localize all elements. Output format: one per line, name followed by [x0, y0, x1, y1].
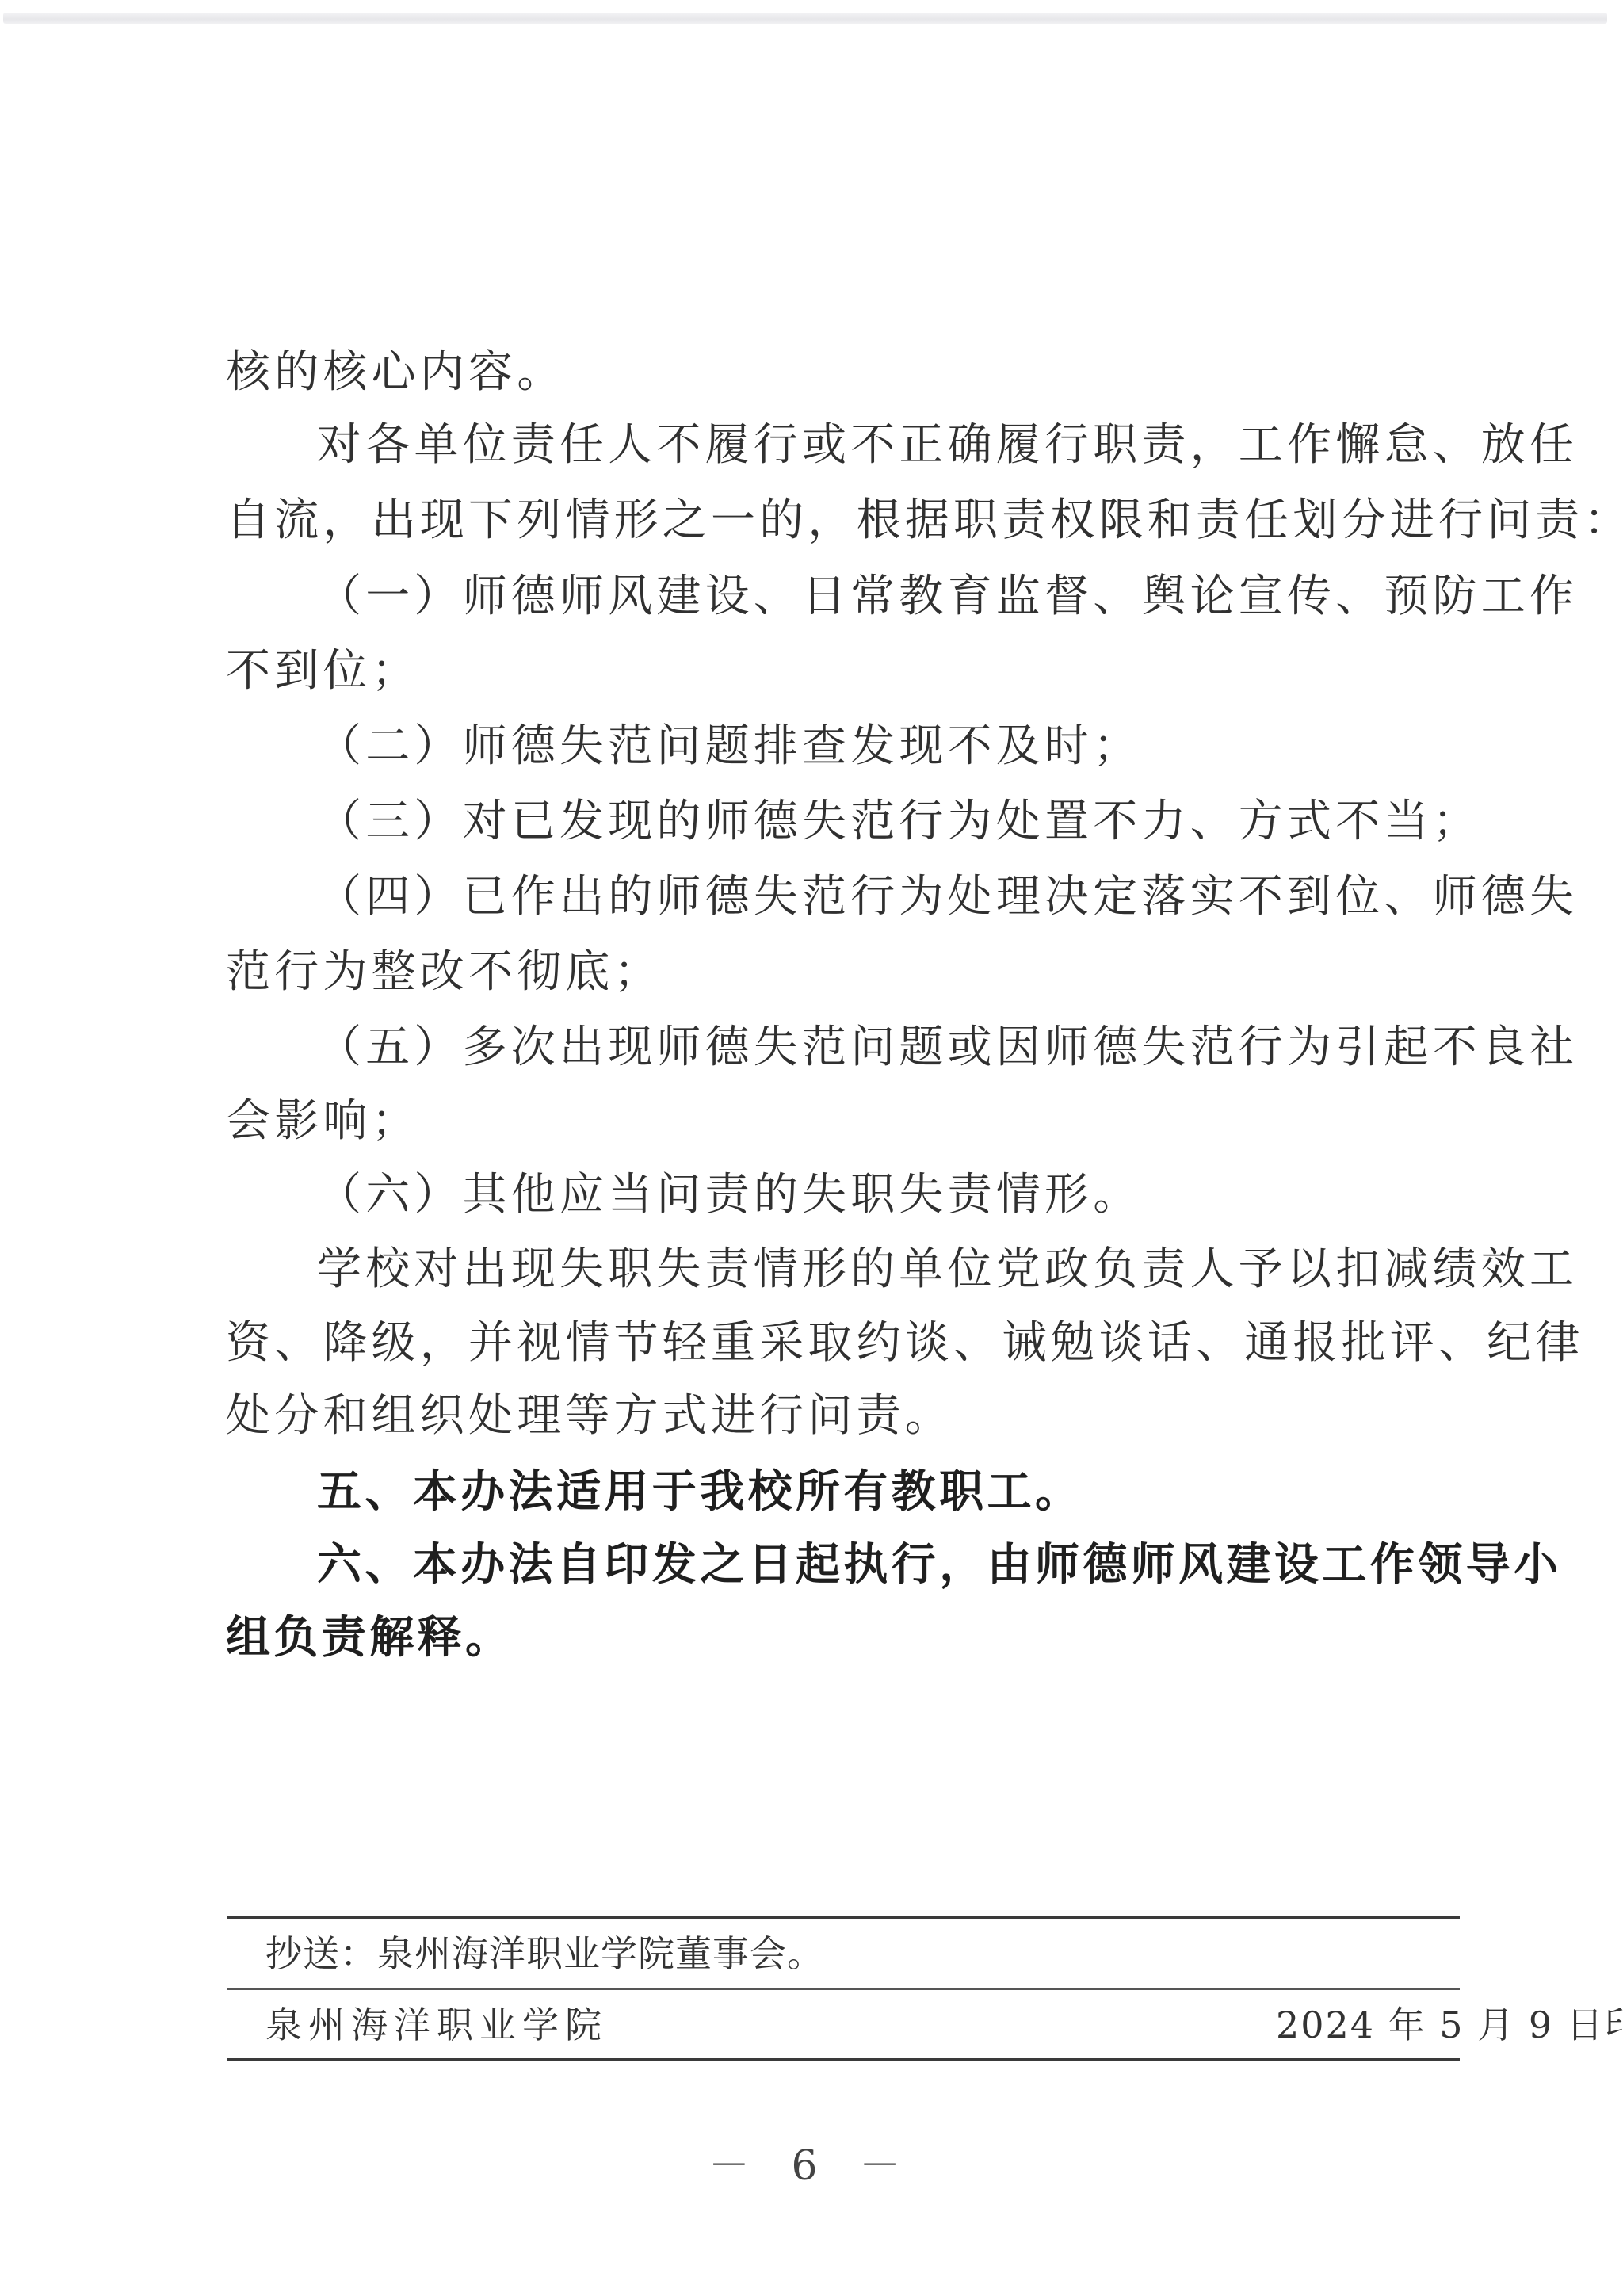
list-item-6: （六）其他应当问责的失职失责情形。	[317, 1167, 1462, 1223]
scan-top-edge	[3, 13, 1607, 24]
body-line: 学校对出现失职失责情形的单位党政负责人予以扣减绩效工	[317, 1242, 1462, 1297]
footer-rule-top	[227, 1916, 1460, 1919]
list-item-1-cont: 不到位；	[226, 644, 1462, 699]
body-line: 资、降级，并视情节轻重采取约谈、诫勉谈话、通报批评、纪律	[226, 1316, 1462, 1371]
issuer: 泉州海洋职业学院	[265, 2003, 608, 2047]
list-item-3: （三）对已发现的师德失范行为处置不力、方式不当；	[317, 794, 1462, 850]
cc-label: 抄送：	[265, 1932, 377, 1975]
article-6: 六、本办法自印发之日起执行，由师德师风建设工作领导小	[317, 1538, 1462, 1593]
body-line: 处分和组织处理等方式进行问责。	[226, 1389, 1462, 1444]
body-line: 核的核心内容。	[226, 345, 1462, 400]
body-line: 对各单位责任人不履行或不正确履行职责，工作懈怠、放任	[317, 418, 1462, 473]
issue-date: 2024 年 5 月 9 日印发	[1276, 2003, 1623, 2047]
cc-recipient: 泉州海洋职业学院董事会。	[377, 1932, 824, 1975]
page-number: － 6 －	[0, 2132, 1623, 2191]
list-item-1: （一）师德师风建设、日常教育监督、舆论宣传、预防工作	[317, 569, 1462, 625]
list-item-5-cont: 会影响；	[226, 1094, 1462, 1149]
cc-line: 抄送：泉州海洋职业学院董事会。	[265, 1931, 824, 1976]
list-item-4: （四）已作出的师德失范行为处理决定落实不到位、师德失	[317, 869, 1462, 925]
list-item-4-cont: 范行为整改不彻底；	[226, 945, 1462, 1000]
footer-rule-middle	[227, 1988, 1460, 1990]
article-6-cont: 组负责解释。	[226, 1610, 1462, 1666]
body-line: 自流，出现下列情形之一的，根据职责权限和责任划分进行问责：	[226, 493, 1462, 548]
article-5: 五、本办法适用于我校所有教职工。	[317, 1465, 1462, 1520]
footer-rule-bottom	[227, 2058, 1460, 2061]
list-item-2: （二）师德失范问题排查发现不及时；	[317, 719, 1462, 774]
list-item-5: （五）多次出现师德失范问题或因师德失范行为引起不良社	[317, 1020, 1462, 1075]
